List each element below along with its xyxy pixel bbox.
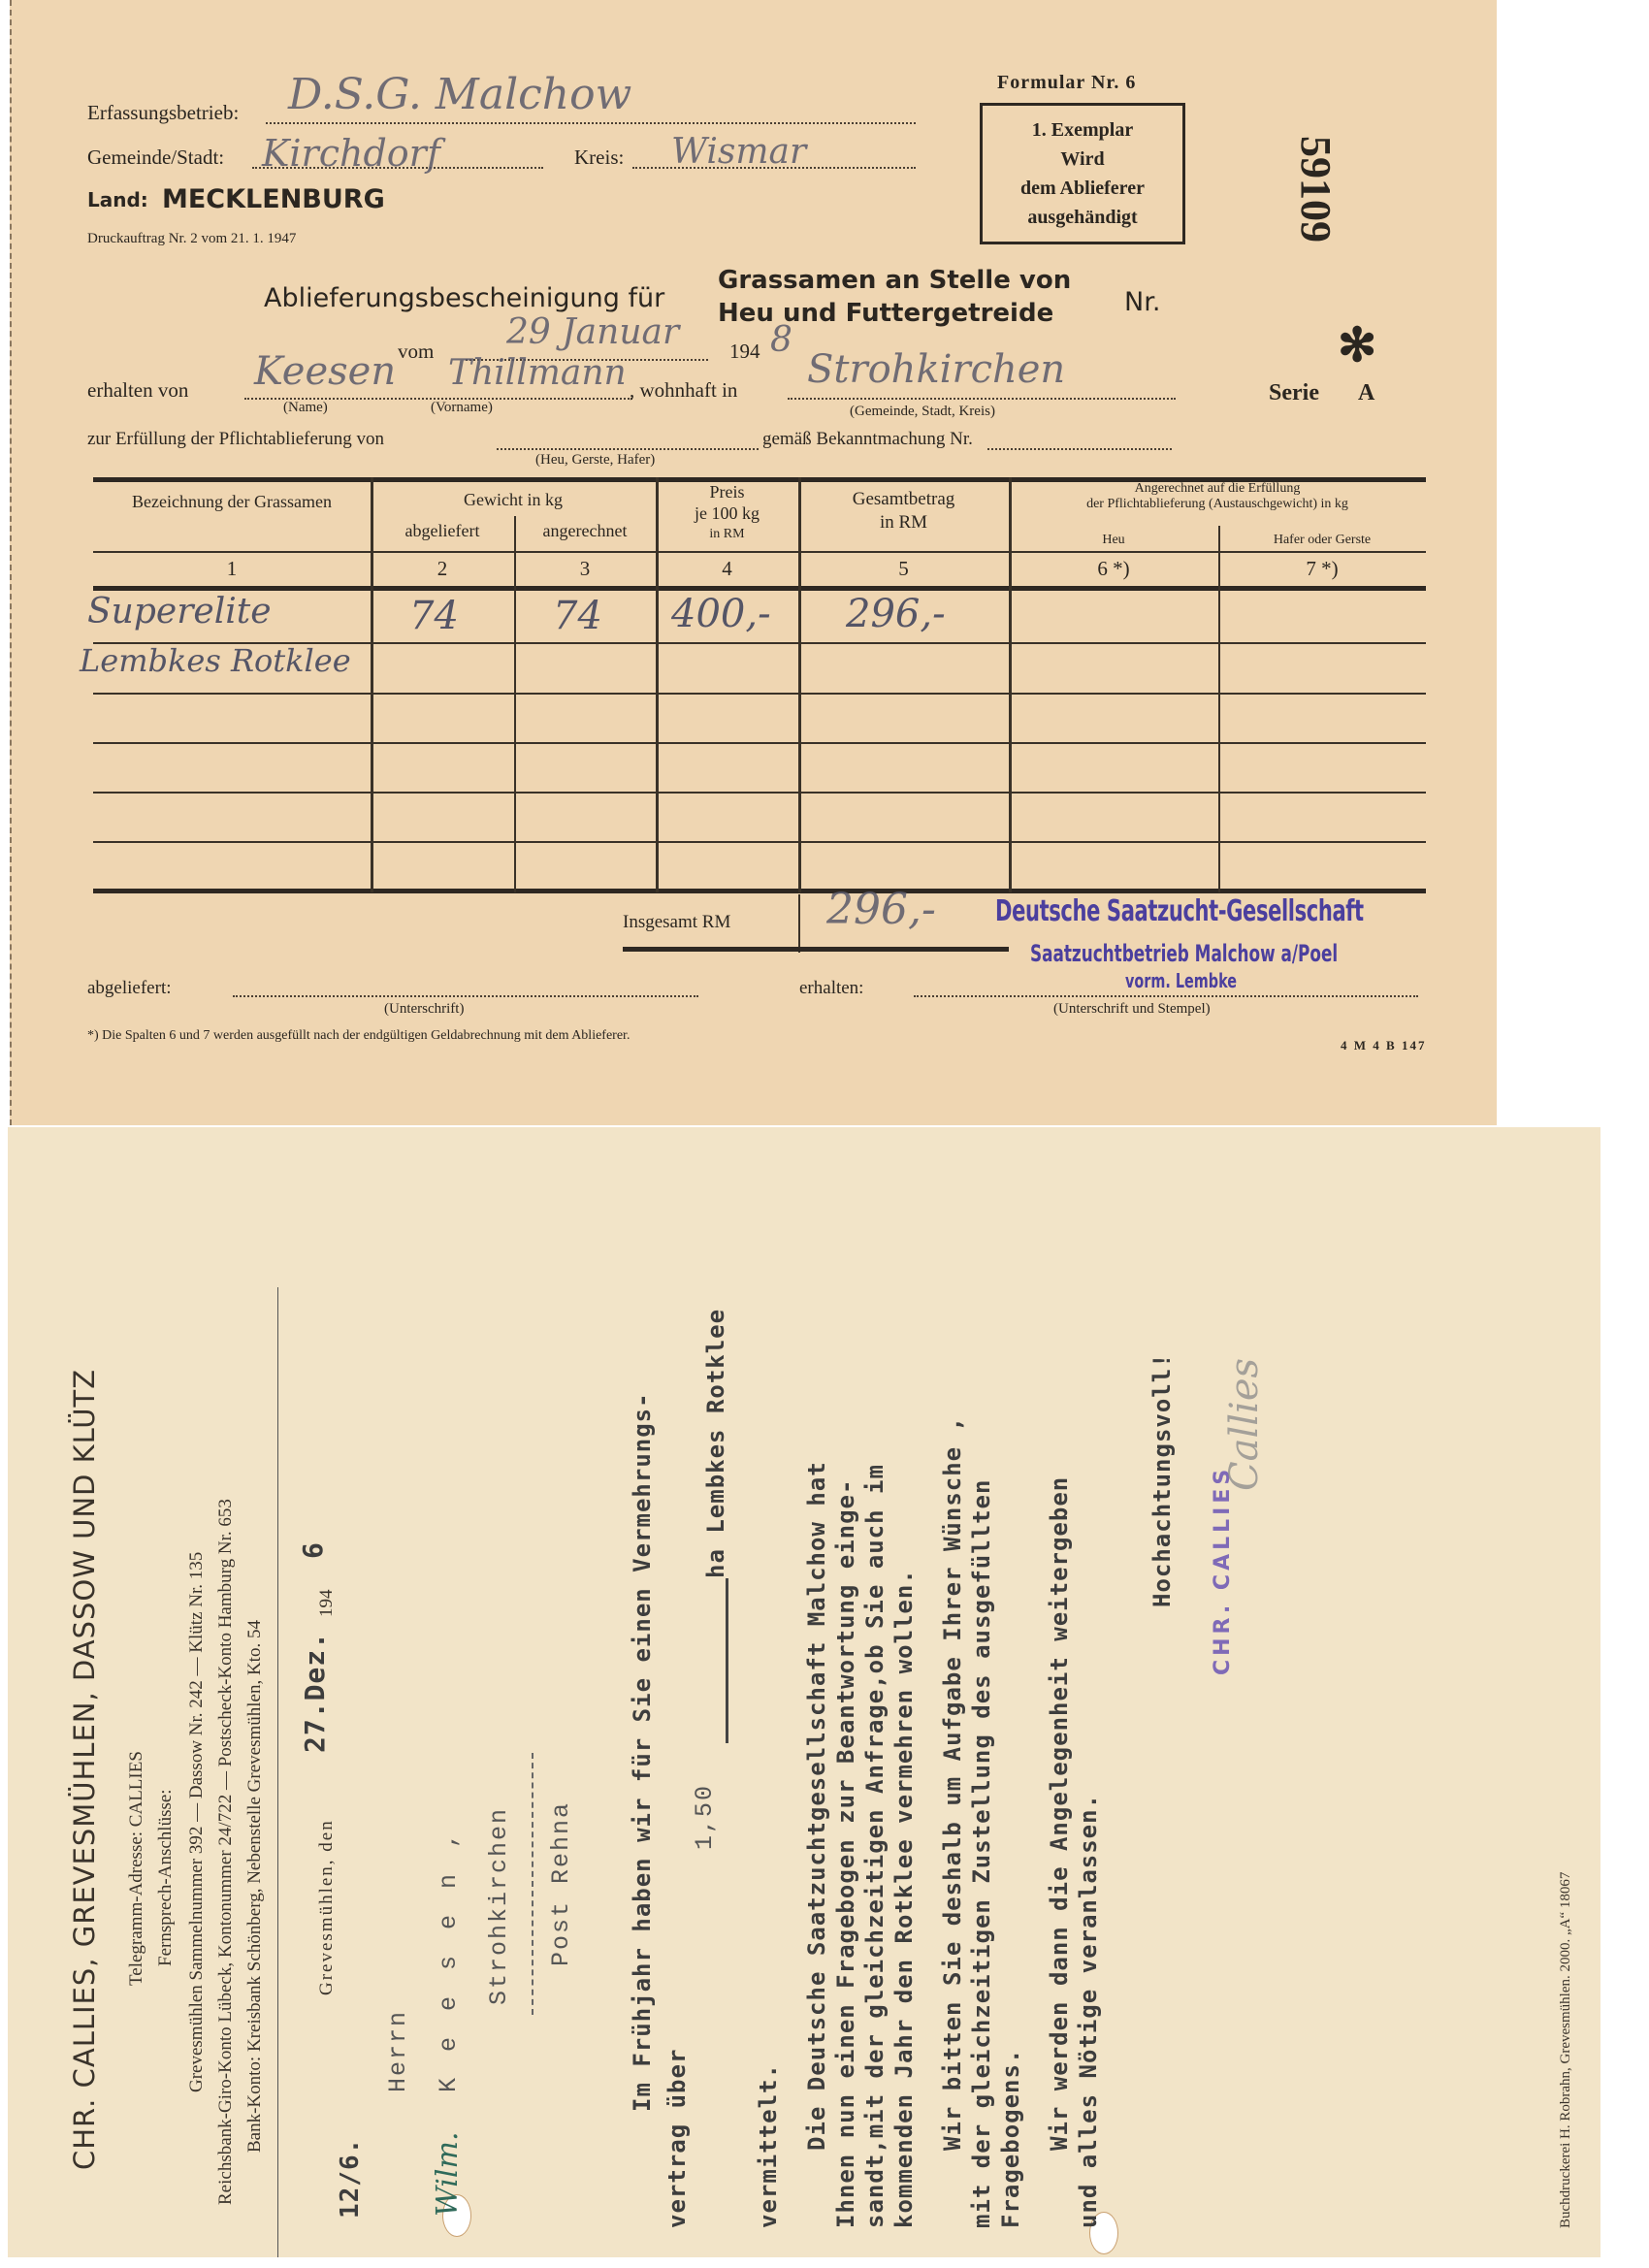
name-value[interactable]: Keesen — [254, 349, 396, 394]
header-sub-rule — [93, 551, 1426, 553]
recipient-city: Strohkirchen — [485, 1807, 513, 2005]
cell-angerechnet-row1[interactable]: 74 — [553, 594, 602, 638]
date-year-suffix: 6 — [297, 1541, 329, 1559]
company-stamp: Deutsche Saatzucht-Gesellschaft Saatzuch… — [995, 894, 1468, 992]
bank-reichsbank: Reichsbank-Giro-Konto Lübeck, Kontonumme… — [215, 1499, 237, 2205]
abgeliefert-signature-line[interactable] — [233, 995, 698, 997]
header-angerechnet-l1: Angerechnet auf die Erfüllung — [1009, 481, 1426, 497]
body-line-8: kommenden Jahr den Rotklee vermehren wol… — [890, 1569, 918, 2228]
header-bezeichnung: Bezeichnung der Grassamen — [93, 491, 371, 512]
cell-preis-row1[interactable]: 400,- — [671, 592, 771, 636]
recipient-street-line — [532, 1753, 533, 2015]
title-left: Ablieferungsbescheinigung für — [264, 283, 664, 313]
pflicht-label: zur Erfüllung der Pflichtablieferung von — [87, 429, 384, 450]
total-divider — [798, 894, 800, 953]
land-label: Land: — [87, 188, 148, 211]
body-line-12: Wir werden dann die Angelegenheit weiter… — [1046, 1476, 1073, 2151]
title-nr: Nr. — [1124, 287, 1160, 317]
header-rule — [277, 1287, 278, 2257]
body-line-13: und alles Nötige veranlassen. — [1075, 1794, 1102, 2228]
erhalten-label: erhalten: — [799, 978, 863, 999]
date-year-prefix: 194 — [316, 1590, 338, 1618]
kreis-label: Kreis: — [574, 146, 624, 170]
body-line-6: Ihnen nun einen Fragebogen zur Beantwort… — [832, 1479, 859, 2228]
formular-number: Formular Nr. 6 — [997, 72, 1136, 94]
body-line-3: ha Lembkes Rotklee — [702, 1309, 729, 1578]
date-stamp: 27.Dez. — [299, 1632, 331, 1753]
column-number: 1 — [93, 557, 371, 581]
row-rule — [93, 693, 1426, 695]
body-line-9: Wir bitten Sie deshalb um Aufgabe Ihrer … — [939, 1416, 966, 2151]
total-value[interactable]: 296,- — [826, 885, 936, 934]
callies-letter: CHR. CALLIES, GREVESMÜHLEN, DASSOW UND K… — [8, 1127, 1600, 2257]
body-line-4: vermittelt. — [755, 2063, 782, 2228]
exemplar-notice-box: 1. Exemplar Wird dem Ablieferer ausgehän… — [980, 103, 1185, 244]
closing: Hochachtungsvoll! — [1148, 1352, 1176, 1607]
reference-mark: 12/6. — [336, 2138, 365, 2219]
exemplar-line-1: 1. Exemplar — [983, 115, 1182, 145]
column-number: 5 — [798, 557, 1009, 581]
bekanntmachung-label: gemäß Bekanntmachung Nr. — [762, 429, 973, 450]
serie-label: Serie — [1269, 380, 1319, 406]
cell-abgeliefert-row1[interactable]: 74 — [409, 594, 459, 638]
print-code: 4 M 4 B 147 — [1341, 1038, 1426, 1053]
delivery-table: Bezeichnung der Grassamen Gewicht in kg … — [93, 477, 1426, 894]
col-divider — [798, 477, 801, 892]
company-title: CHR. CALLIES, GREVESMÜHLEN, DASSOW UND K… — [68, 1369, 101, 2170]
fernsprech-label: Fernsprech-Anschlüsse: — [155, 1789, 177, 1966]
column-number: 6 *) — [1009, 557, 1218, 581]
letter-content-rotated: CHR. CALLIES, GREVESMÜHLEN, DASSOW UND K… — [8, 1127, 1600, 2257]
wohnhaft-label: , wohnhaft in — [630, 378, 737, 403]
unterschrift-stempel-caption: (Unterschrift und Stempel) — [1053, 1001, 1211, 1018]
body-line-10: mit der gleichzeitigen Zustellung des au… — [968, 1479, 995, 2228]
vorname-value[interactable]: Thillmann — [448, 353, 627, 393]
erfassungsbetrieb-value[interactable]: D.S.G. Malchow — [288, 70, 631, 119]
footnote: *) Die Spalten 6 und 7 werden ausgefüllt… — [87, 1028, 630, 1044]
vorname-caption: (Vorname) — [431, 400, 493, 416]
body-line-5: Die Deutsche Saatzuchtgesellschaft Malch… — [803, 1461, 830, 2151]
year-suffix[interactable]: 8 — [770, 320, 792, 360]
signature: Callies — [1222, 1358, 1267, 1491]
header-angerechnet-l2: der Pflichtablieferung (Austauschgewicht… — [1009, 497, 1426, 512]
header-bottom-rule — [93, 586, 1426, 591]
land-value: MECKLENBURG — [162, 184, 385, 214]
pflicht-caption: (Heu, Gerste, Hafer) — [535, 452, 655, 469]
stamp-line2: Saatzuchtbetrieb Malchow a/Poel — [1030, 940, 1372, 967]
bank-kreisbank: Bank-Konto: Kreisbank Schönberg, Nebenst… — [244, 1620, 266, 2153]
stamp-line1: Deutsche Saatzucht-Gesellschaft — [995, 894, 1364, 928]
printer-imprint: Buchdruckerei H. Robrahn, Grevesmühlen. … — [1558, 1872, 1574, 2228]
recipient-name: K e e s e n , — [435, 1828, 463, 2092]
cell-bezeichnung-row2[interactable]: Lembkes Rotklee — [80, 642, 351, 679]
recipient-salutation: Herrn — [384, 2010, 412, 2092]
stamp-line3: vorm. Lembke — [1125, 969, 1399, 992]
header-hafer-gerste: Hafer oder Gerste — [1218, 530, 1426, 551]
date-place: Grevesmühlen, den — [316, 1819, 338, 1995]
header-preis-l2: je 100 kg — [656, 502, 798, 524]
delivery-certificate-form: Erfassungsbetrieb: D.S.G. Malchow Gemein… — [10, 0, 1497, 1125]
header-heu: Heu — [1009, 530, 1218, 551]
erfassungsbetrieb-label: Erfassungsbetrieb: — [87, 101, 239, 125]
header-gewicht: Gewicht in kg — [371, 489, 656, 510]
body-area-value: 1,50 — [691, 1784, 719, 1850]
erfassungsbetrieb-line — [266, 122, 916, 124]
row-rule — [93, 841, 1426, 843]
column-number: 7 *) — [1218, 557, 1426, 581]
erhalten-signature-line[interactable] — [914, 995, 1418, 997]
wohnhaft-value[interactable]: Strohkirchen — [807, 347, 1065, 392]
row-rule — [93, 792, 1426, 794]
telegramm-address: Telegramm-Adresse: CALLIES — [126, 1751, 147, 1986]
column-number: 3 — [514, 557, 656, 581]
table-bottom-rule — [93, 889, 1426, 893]
title-bold-line1: Grassamen an Stelle von — [718, 266, 1071, 295]
body-line-7: sandt,mit der gleichzeitigen Anfrage,ob … — [861, 1464, 889, 2228]
vom-label: vom — [398, 340, 434, 364]
unterschrift-caption: (Unterschrift) — [384, 1001, 464, 1018]
title-bold-line2: Heu und Futtergetreide — [718, 299, 1053, 328]
total-label: Insgesamt RM — [623, 912, 730, 933]
exemplar-line-2: Wird — [983, 145, 1182, 174]
cell-bezeichnung-row1[interactable]: Superelite — [87, 592, 272, 632]
asterisk-icon: ✻ — [1338, 318, 1376, 373]
body-line-2: vertrag über — [663, 2049, 691, 2228]
serial-number: 59109 — [1291, 136, 1341, 243]
kreis-value[interactable]: Wismar — [671, 132, 806, 172]
header-gesamt-l2: in RM — [798, 512, 1009, 534]
recipient-handwritten-first-name: Wilm. — [431, 2132, 465, 2217]
gemeinde-caption: (Gemeinde, Stadt, Kreis) — [850, 404, 995, 420]
wohnhaft-line — [788, 398, 1176, 400]
area-underline — [726, 1578, 728, 1743]
body-line-1: Im Frühjahr haben wir für Sie einen Verm… — [629, 1392, 656, 2112]
serie-value: A — [1358, 380, 1374, 406]
exemplar-line-3: dem Ablieferer — [983, 174, 1182, 203]
bekanntmachung-line — [987, 448, 1172, 450]
row-rule — [93, 742, 1426, 744]
recipient-post: Post Rehna — [547, 1801, 575, 1966]
druckauftrag: Druckauftrag Nr. 2 vom 21. 1. 1947 — [87, 231, 296, 247]
pflicht-line — [497, 448, 759, 450]
phone-numbers: Grevesmühlen Sammelnummer 392 — Dassow N… — [186, 1552, 208, 2092]
column-number: 2 — [371, 557, 514, 581]
column-number: 4 — [656, 557, 798, 581]
cell-gesamt-row1[interactable]: 296,- — [846, 592, 946, 636]
header-preis-l1: Preis — [656, 481, 798, 502]
exemplar-line-4: ausgehändigt — [983, 203, 1182, 232]
header-preis-l3: in RM — [656, 524, 798, 545]
header-abgeliefert: abgeliefert — [371, 520, 514, 541]
gemeinde-value[interactable]: Kirchdorf — [262, 132, 440, 175]
header-gesamt-l1: Gesamtbetrag — [798, 489, 1009, 510]
closing-stamp: CHR. CALLIES — [1211, 1466, 1235, 1675]
vom-value[interactable]: 29 Januar — [506, 312, 679, 352]
total-underline — [623, 947, 1009, 952]
gemeinde-label: Gemeinde/Stadt: — [87, 146, 224, 170]
header-angerechnet: angerechnet — [514, 520, 656, 541]
erhalten-von-label: erhalten von — [87, 378, 188, 403]
year-prefix: 194 — [729, 340, 760, 364]
name-caption: (Name) — [283, 400, 328, 416]
body-line-11: Fragebogens. — [997, 2049, 1024, 2228]
abgeliefert-label: abgeliefert: — [87, 978, 172, 999]
